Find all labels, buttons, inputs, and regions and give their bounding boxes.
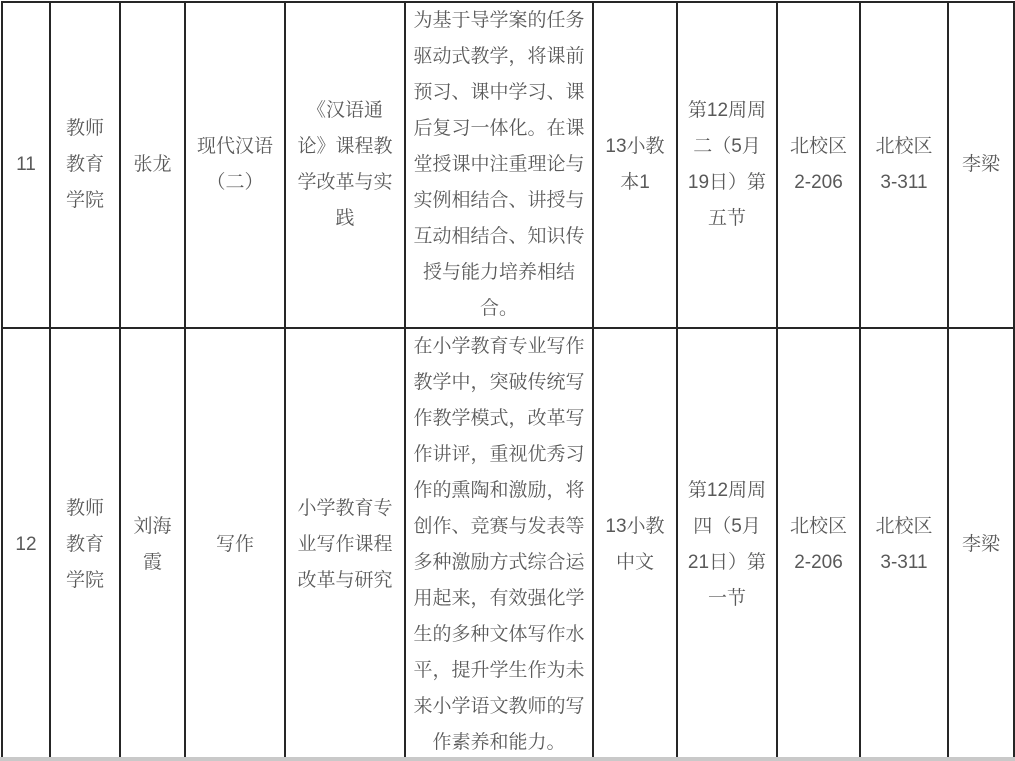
screenshot-bottom-edge [0, 757, 1015, 761]
cell-time-slot: 第12周周 二（5月 19日）第 五节 [677, 2, 777, 328]
cell-teacher-name: 张龙 [120, 2, 185, 328]
cell-college: 教师 教育 学院 [50, 328, 120, 761]
cell-teacher-name: 刘海 霞 [120, 328, 185, 761]
cell-college: 教师 教育 学院 [50, 2, 120, 328]
cell-class-name: 13小教 本1 [593, 2, 677, 328]
cell-project-description: 在小学教育专业写作 教学中，突破传统写 作教学模式，改革写 作讲评，重视优秀习 … [405, 328, 593, 761]
cell-project-description: 为基于导学案的任务 驱动式教学，将课前 预习、课中学习、课 后复习一体化。在课 … [405, 2, 593, 328]
cell-row-number: 11 [2, 2, 50, 328]
cell-project-title: 《汉语通 论》课程教 学改革与实 践 [285, 2, 405, 328]
cell-course-name: 现代汉语 （二） [185, 2, 285, 328]
cell-project-title: 小学教育专 业写作课程 改革与研究 [285, 328, 405, 761]
document-page: 11 教师 教育 学院 张龙 现代汉语 （二） 《汉语通 论》课程教 学改革与实… [0, 0, 1015, 761]
cell-time-slot: 第12周周 四（5月 21日）第 一节 [677, 328, 777, 761]
cell-row-number: 12 [2, 328, 50, 761]
cell-location-1: 北校区 2-206 [777, 2, 860, 328]
cell-approver: 李梁 [948, 2, 1014, 328]
table-row: 12 教师 教育 学院 刘海 霞 写作 小学教育专 业写作课程 改革与研究 在小… [2, 328, 1014, 761]
course-schedule-table: 11 教师 教育 学院 张龙 现代汉语 （二） 《汉语通 论》课程教 学改革与实… [1, 1, 1015, 761]
cell-approver: 李梁 [948, 328, 1014, 761]
cell-location-2: 北校区 3-311 [860, 2, 948, 328]
cell-location-2: 北校区 3-311 [860, 328, 948, 761]
table-row: 11 教师 教育 学院 张龙 现代汉语 （二） 《汉语通 论》课程教 学改革与实… [2, 2, 1014, 328]
cell-course-name: 写作 [185, 328, 285, 761]
cell-class-name: 13小教 中文 [593, 328, 677, 761]
cell-location-1: 北校区 2-206 [777, 328, 860, 761]
